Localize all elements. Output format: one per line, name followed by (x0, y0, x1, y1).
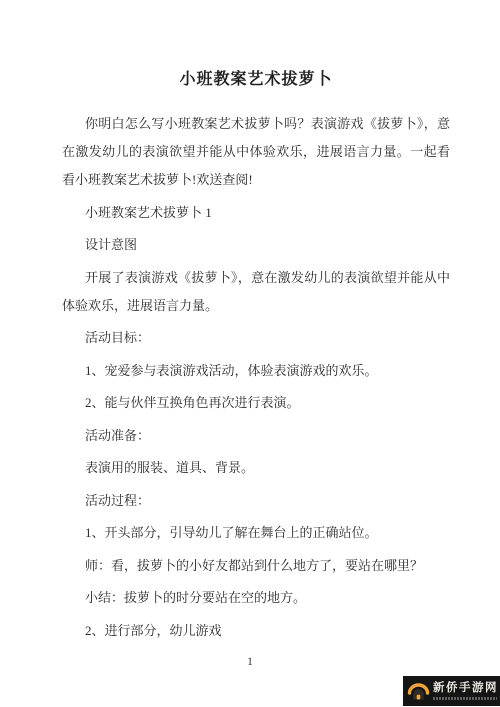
intro-paragraph: 你明白怎么写小班教案艺术拔萝卜吗？表演游戏《拔萝卜》，意在激发幼儿的表演欲望并能… (62, 110, 450, 194)
heading-activity-process: 活动过程： (62, 487, 450, 515)
heading-activity-goals: 活动目标： (62, 324, 450, 352)
process-step-1: 1、开头部分，引导幼儿了解在舞台上的正确站位。 (62, 519, 450, 547)
document-body: 小班教案艺术拔萝卜 你明白怎么写小班教案艺术拔萝卜吗？表演游戏《拔萝卜》，意在激… (0, 0, 500, 645)
paragraph-preparation: 表演用的服装、道具、背景。 (62, 454, 450, 482)
document-page: 小班教案艺术拔萝卜 你明白怎么写小班教案艺术拔萝卜吗？表演游戏《拔萝卜》，意在激… (0, 0, 500, 707)
goal-item-2: 2、能与伙伴互换角色再次进行表演。 (62, 389, 450, 417)
teacher-line: 师：看，拔萝卜的小好友都站到什么地方了，要站在哪里？ (62, 552, 450, 580)
house-icon (407, 681, 430, 701)
watermark-tagline-line (433, 697, 497, 700)
site-name: 新侨手游网 (433, 682, 498, 695)
goal-item-1: 1、宠爱参与表演游戏活动，体验表演游戏的欢乐。 (62, 357, 450, 385)
subtitle-lesson-1: 小班教案艺术拔萝卜 1 (62, 199, 450, 227)
heading-design-intent: 设计意图 (62, 231, 450, 259)
page-number: 1 (0, 654, 500, 669)
watermark-text-block: 新侨手游网 (433, 682, 498, 700)
paragraph-design-intent: 开展了表演游戏《拔萝卜》，意在激发幼儿的表演欲望并能从中体验欢乐，进展语言力量。 (62, 264, 450, 320)
summary-line: 小结：拔萝卜的时分要站在空的地方。 (62, 584, 450, 612)
site-watermark: 新侨手游网 (403, 676, 500, 706)
document-title: 小班教案艺术拔萝卜 (62, 68, 450, 92)
heading-activity-preparation: 活动准备： (62, 422, 450, 450)
process-step-2: 2、进行部分，幼儿游戏 (62, 617, 450, 645)
